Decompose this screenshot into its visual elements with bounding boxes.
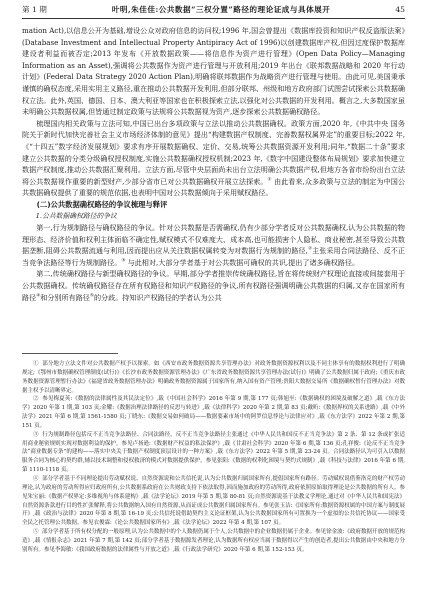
footnote-separator bbox=[22, 353, 118, 354]
footnotes: ① 部分地方立法文件对公共数据产权予以探索。如《西安市政务数据资源共享管理办法》… bbox=[22, 360, 405, 555]
issue-number: 第 1 期 bbox=[22, 4, 47, 15]
paragraph-china-policy: 梳理国内相关政策与立法可知,中国已出台多项政策与立法以推动公共数据确权。政策方面… bbox=[22, 118, 405, 199]
subsection-heading: 1.公共数据确权路径的争议 bbox=[22, 211, 405, 223]
page-number: 45 bbox=[395, 5, 405, 14]
running-title: 叶明,朱佳佳:公共数据“三权分置”路径的理论证成与具体展开 bbox=[112, 4, 331, 15]
header-rule bbox=[22, 18, 405, 19]
footnote-2: ② 参见梅夏英:《数据的法律属性及其民法定位》,载《中国社会科学》2016 年第… bbox=[22, 395, 405, 430]
paragraph-us-policy: mation Act),以信息公开为基础,增设公众对政府信息的访问权;1996 … bbox=[22, 25, 405, 118]
paragraph-dispute-2: 第二,传统确权路径与新型确权路径的争议。早期,部分学者推崇传统确权路径,旨在将传… bbox=[22, 268, 405, 303]
footnote-5: ⑤ 部分学者基于所有权分配的一般原理,认为公共数据中的个人数据仍属于个人,公共数… bbox=[22, 528, 405, 555]
paragraph-dispute-1: 第一,行为规制路径与确权路径的争议。针对公共数据是否需确权,仍有少部分学者反对公… bbox=[22, 222, 405, 268]
page-header: 第 1 期 叶明,朱佳佳:公共数据“三权分置”路径的理论证成与具体展开 45 bbox=[22, 2, 405, 16]
footnote-1: ① 部分地方立法文件对公共数据产权予以探索。如《西安市政务数据资源共享管理办法》… bbox=[22, 360, 405, 395]
section-heading: (二)公共数据确权路径的争议梳理与释评 bbox=[22, 199, 405, 211]
footnote-4: ④ 部分学者基于不同理论提出劳动赋权说、自然资源说和公共信托说,认为公共数据归属… bbox=[22, 475, 405, 528]
main-text: mation Act),以信息公开为基础,增设公众对政府信息的访问权;1996 … bbox=[22, 25, 405, 303]
footnote-3: ③ 行为规制路径包括反不正当竞争法路径、合同法路径。反不正当竞争法路径主张通过《… bbox=[22, 431, 405, 475]
